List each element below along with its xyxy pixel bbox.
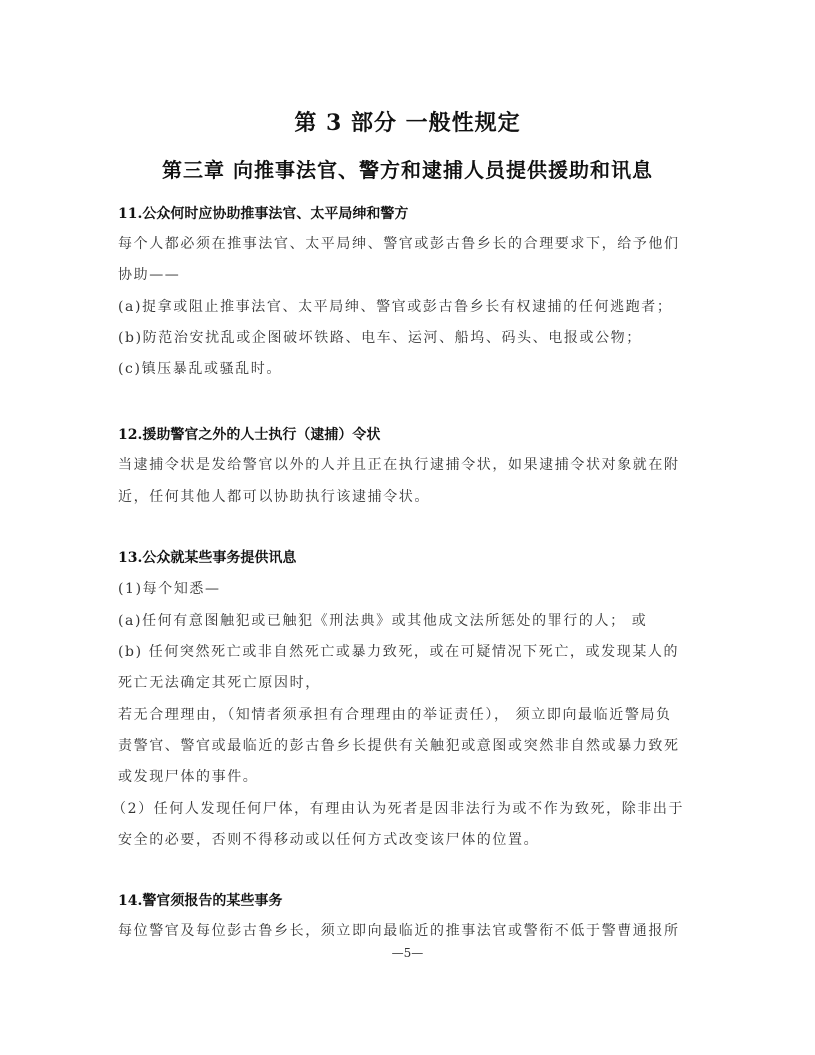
section-13-line: 死亡无法确定其死亡原因时， (118, 672, 321, 692)
section-13-item-a: (a)任何有意图触犯或已触犯《刑法典》或其他成文法所惩处的罪行的人； 或 (118, 610, 647, 630)
section-13-line: 或发现尸体的事件。 (118, 766, 258, 786)
section-11-heading: 11.公众何时应协助推事法官、太平局绅和警方 (118, 203, 408, 223)
document-page: 第 3 部分 一般性规定 第三章 向推事法官、警方和逮捕人员提供援助和讯息 11… (0, 0, 815, 1055)
section-12-heading: 12.援助警官之外的人士执行（逮捕）令状 (118, 424, 380, 444)
section-11-item-a: (a)捉拿或阻止推事法官、太平局绅、警官或彭古鲁乡长有权逮捕的任何逃跑者； (118, 296, 672, 316)
section-13-item-b: (b) 任何突然死亡或非自然死亡或暴力致死，或在可疑情况下死亡，或发现某人的 (118, 641, 679, 661)
section-11-line: 每个人都必须在推事法官、太平局绅、警官或彭古鲁乡长的合理要求下，给予他们 (118, 233, 680, 253)
page-number: —5— (0, 946, 815, 960)
section-13-line: (1)每个知悉— (118, 578, 221, 598)
part-title: 第 3 部分 一般性规定 (0, 106, 815, 137)
section-13-sub-2: （2）任何人发现任何尸体，有理由认为死者是因非法行为或不作为致死，除非出于 (112, 798, 684, 818)
section-12-line: 近，任何其他人都可以协助执行该逮捕令状。 (118, 486, 430, 506)
chapter-title: 第三章 向推事法官、警方和逮捕人员提供援助和讯息 (0, 154, 815, 183)
section-11-line: 协助—— (118, 264, 180, 284)
section-13-heading: 13.公众就某些事务提供讯息 (118, 547, 296, 567)
section-12-line: 当逮捕令状是发给警官以外的人并且正在执行逮捕令状，如果逮捕令状对象就在附 (118, 454, 680, 474)
section-13-line: 安全的必要，否则不得移动或以任何方式改变该尸体的位置。 (118, 829, 539, 849)
section-13-line: 责警官、警官或最临近的彭古鲁乡长提供有关触犯或意图或突然非自然或暴力致死 (118, 735, 680, 755)
section-11-item-b: (b)防范治安扰乱或企图破坏铁路、电车、运河、船坞、码头、电报或公物； (118, 327, 642, 347)
section-11-item-c: (c)镇压暴乱或骚乱时。 (118, 358, 282, 378)
section-14-heading: 14.警官须报告的某些事务 (118, 890, 282, 910)
section-14-line: 每位警官及每位彭古鲁乡长，须立即向最临近的推事法官或警衔不低于警曹通报所 (118, 920, 680, 940)
section-13-line: 若无合理理由，（知情者须承担有合理理由的举证责任）， 须立即向最临近警局负 (118, 704, 672, 724)
